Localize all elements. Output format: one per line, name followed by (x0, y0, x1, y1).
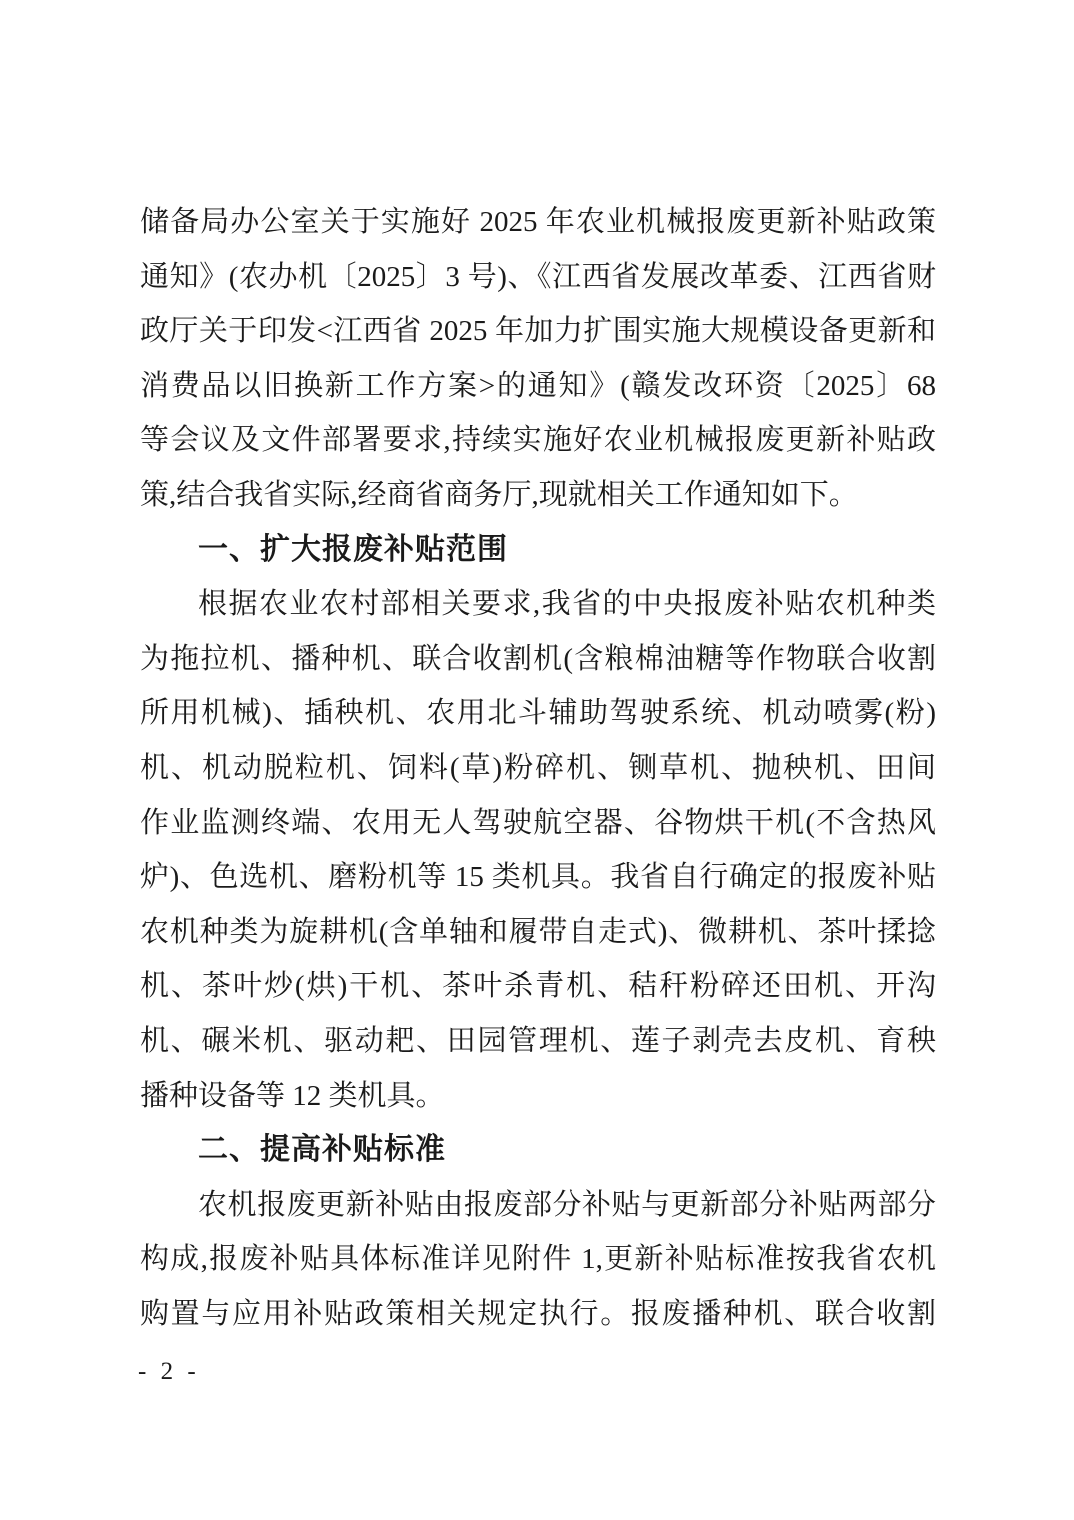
text-line-10: 所用机械)、插秧机、农用北斗辅助驾驶系统、机动喷雾(粉) (140, 686, 936, 741)
text-line-11: 机、机动脱粒机、饲料(草)粉碎机、铡草机、抛秧机、田间 (140, 741, 936, 796)
text-line-21: 购置与应用补贴政策相关规定执行。报废播种机、联合收割机、 (140, 1287, 936, 1342)
text-line-5: 等会议及文件部署要求,持续实施好农业机械报废更新补贴政 (140, 413, 936, 468)
document-page: 储备局办公室关于实施好 2025 年农业机械报废更新补贴政策的 通知》(农办机〔… (0, 0, 1074, 1520)
text-line-8: 根据农业农村部相关要求,我省的中央报废补贴农机种类 (140, 577, 936, 632)
text-line-12: 作业监测终端、农用无人驾驶航空器、谷物烘干机(不含热风 (140, 796, 936, 851)
text-line-20: 构成,报废补贴具体标准详见附件 1,更新补贴标准按我省农机 (140, 1232, 936, 1287)
text-line-14: 农机种类为旋耕机(含单轴和履带自走式)、微耕机、茶叶揉捻 (140, 905, 936, 960)
text-line-13: 炉)、色选机、磨粉机等 15 类机具。我省自行确定的报废补贴 (140, 850, 936, 905)
text-line-15: 机、茶叶炒(烘)干机、茶叶杀青机、秸秆粉碎还田机、开沟 (140, 959, 936, 1014)
page-number: - 2 - (138, 1352, 200, 1392)
text-line-2: 通知》(农办机〔2025〕3 号)、《江西省发展改革委、江西省财 (140, 250, 936, 305)
section-heading-1: 一、扩大报废补贴范围 (140, 523, 936, 578)
text-line-17: 播种设备等 12 类机具。 (140, 1069, 936, 1124)
text-line-19: 农机报废更新补贴由报废部分补贴与更新部分补贴两部分 (140, 1178, 936, 1233)
section-heading-2: 二、提高补贴标准 (140, 1123, 936, 1178)
text-line-16: 机、碾米机、驱动耙、田园管理机、莲子剥壳去皮机、育秧(苗) (140, 1014, 936, 1069)
text-line-1: 储备局办公室关于实施好 2025 年农业机械报废更新补贴政策的 (140, 195, 936, 250)
text-line-9: 为拖拉机、播种机、联合收割机(含粮棉油糖等作物联合收割 (140, 632, 936, 687)
text-line-4: 消费品以旧换新工作方案>的通知》(赣发改环资〔2025〕68 号) (140, 359, 936, 414)
text-line-3: 政厅关于印发<江西省 2025 年加力扩围实施大规模设备更新和 (140, 304, 936, 359)
text-line-6: 策,结合我省实际,经商省商务厅,现就相关工作通知如下。 (140, 468, 936, 523)
document-body: 储备局办公室关于实施好 2025 年农业机械报废更新补贴政策的 通知》(农办机〔… (140, 195, 936, 1341)
